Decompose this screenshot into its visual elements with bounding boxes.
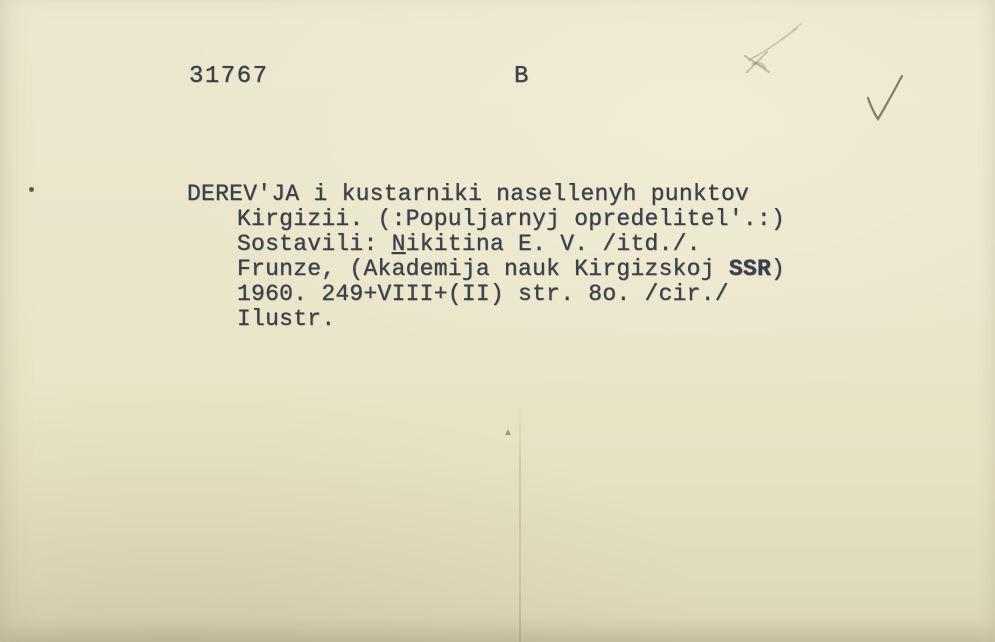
ink-speck xyxy=(29,187,34,192)
catalog-line-segment: Frunze, (Akademija nauk Kirgizskoj xyxy=(237,256,729,282)
catalog-line-segment: N xyxy=(392,231,406,257)
catalog-card: 31767 B DEREV'JA i kustarniki nasellenyh… xyxy=(0,0,995,642)
catalog-line-segment: SSR xyxy=(729,256,771,282)
catalog-line-segment: ikitina E. V. /itd./. xyxy=(406,231,701,257)
accession-number: 31767 xyxy=(189,63,269,90)
classification-letter: B xyxy=(514,63,528,90)
catalog-line-segment: 1960. 249+VIII+(II) str. 8o. /cir./ xyxy=(237,281,729,307)
paper-speck xyxy=(505,429,511,435)
catalog-line-segment: DEREV'JA i kustarniki nasellenyh punktov xyxy=(187,181,749,207)
catalog-line-6: Ilustr. xyxy=(237,307,785,332)
catalog-line-1: DEREV'JA i kustarniki nasellenyh punktov xyxy=(187,182,785,207)
checkmark-icon xyxy=(855,64,915,128)
catalog-line-segment: ) xyxy=(771,256,785,282)
pencil-smudge-icon xyxy=(735,12,845,82)
catalog-entry-text: DEREV'JA i kustarniki nasellenyh punktov… xyxy=(187,182,785,332)
catalog-line-segment: Kirgizii. (:Populjarnyj opredelitel'.:) xyxy=(237,206,785,232)
catalog-line-3: Sostavili: Nikitina E. V. /itd./. xyxy=(237,232,785,257)
catalog-line-2: Kirgizii. (:Populjarnyj opredelitel'.:) xyxy=(237,207,785,232)
paper-crease xyxy=(519,404,521,642)
catalog-line-4: Frunze, (Akademija nauk Kirgizskoj SSR) xyxy=(237,257,785,282)
catalog-line-5: 1960. 249+VIII+(II) str. 8o. /cir./ xyxy=(237,282,785,307)
catalog-line-segment: Ilustr. xyxy=(237,306,335,332)
catalog-line-segment: Sostavili: xyxy=(237,231,392,257)
